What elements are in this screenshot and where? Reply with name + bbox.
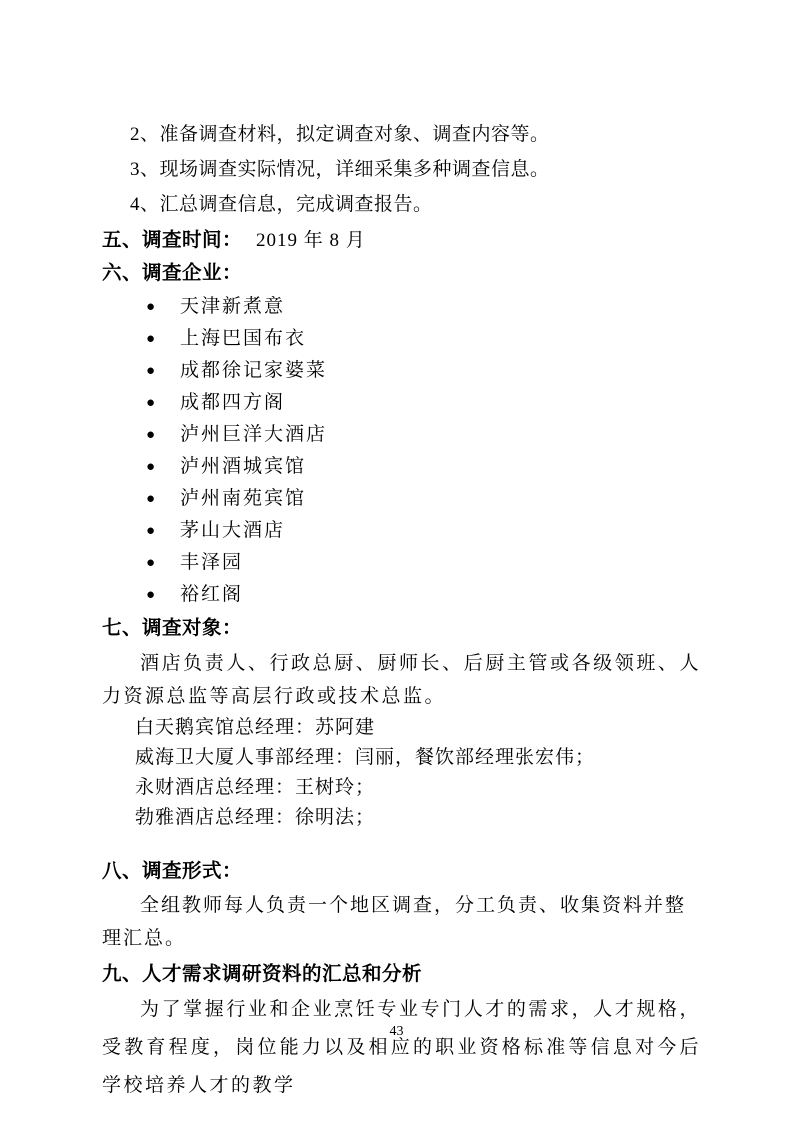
- step-line-3: 3、现场调查实际情况，详细采集多种调查信息。: [130, 157, 701, 183]
- contact-line: 威海卫大厦人事部经理：闫丽，餐饮部经理张宏伟；: [102, 743, 701, 773]
- company-name: 成都四方阁: [180, 392, 285, 413]
- bullet-icon: ●: [146, 295, 155, 319]
- section-heading-form: 八、调查形式：: [102, 858, 701, 885]
- list-item: ●成都徐记家婆菜: [102, 359, 701, 383]
- bullet-icon: ●: [146, 551, 155, 575]
- company-name: 裕红阁: [180, 584, 243, 605]
- bullet-icon: ●: [146, 455, 155, 479]
- company-name: 天津新煮意: [180, 296, 285, 317]
- bullet-icon: ●: [146, 423, 155, 447]
- section-heading-analysis: 九、人才需求调研资料的汇总和分析: [102, 961, 701, 988]
- form-paragraph: 全组教师每人负责一个地区调查，分工负责、收集资料并整理汇总。: [102, 889, 701, 955]
- company-name: 上海巴国布衣: [180, 328, 306, 349]
- section-heading-companies: 六、调查企业：: [102, 260, 701, 287]
- section-time-value: 2019 年 8 月: [256, 230, 366, 251]
- bullet-icon: ●: [146, 391, 155, 415]
- bullet-icon: ●: [146, 327, 155, 351]
- list-item: ●天津新煮意: [102, 295, 701, 319]
- company-list: ●天津新煮意 ●上海巴国布衣 ●成都徐记家婆菜 ●成都四方阁 ●泸州巨洋大酒店 …: [102, 295, 701, 607]
- bullet-icon: ●: [146, 519, 155, 543]
- section-heading-time-label: 五、调查时间：: [102, 229, 242, 251]
- company-name: 泸州南苑宾馆: [180, 488, 306, 509]
- company-name: 茅山大酒店: [180, 520, 285, 541]
- list-item: ●泸州酒城宾馆: [102, 455, 701, 479]
- company-name: 泸州酒城宾馆: [180, 456, 306, 477]
- document-page: 2、准备调查材料，拟定调查对象、调查内容等。 3、现场调查实际情况，详细采集多种…: [0, 0, 793, 1122]
- list-item: ●茅山大酒店: [102, 519, 701, 543]
- contact-line: 永财酒店总经理：王树玲；: [102, 773, 701, 803]
- list-item: ●成都四方阁: [102, 391, 701, 415]
- contact-line: 白天鹅宾馆总经理：苏阿建: [102, 713, 701, 743]
- analysis-paragraph: 为了掌握行业和企业烹饪专业专门人才的需求，人才规格，受教育程度，岗位能力以及相应…: [102, 991, 701, 1105]
- contact-line: 勃雅酒店总经理：徐明法；: [102, 803, 701, 833]
- section-heading-time: 五、调查时间：2019 年 8 月: [102, 227, 701, 254]
- company-name: 泸州巨洋大酒店: [180, 424, 327, 445]
- list-item: ●泸州巨洋大酒店: [102, 423, 701, 447]
- company-name: 丰泽园: [180, 552, 243, 573]
- step-line-4: 4、汇总调查信息，完成调查报告。: [130, 192, 701, 218]
- bullet-icon: ●: [146, 487, 155, 511]
- bullet-icon: ●: [146, 359, 155, 383]
- step-line-2: 2、准备调查材料，拟定调查对象、调查内容等。: [130, 122, 701, 148]
- targets-paragraph: 酒店负责人、行政总厨、厨师长、后厨主管或各级领班、人力资源总监等高层行政或技术总…: [102, 647, 701, 713]
- company-name: 成都徐记家婆菜: [180, 360, 327, 381]
- page-number: 43: [0, 1024, 793, 1040]
- list-item: ●上海巴国布衣: [102, 327, 701, 351]
- section-heading-targets: 七、调查对象：: [102, 615, 701, 642]
- bullet-icon: ●: [146, 583, 155, 607]
- list-item: ●丰泽园: [102, 551, 701, 575]
- list-item: ●裕红阁: [102, 583, 701, 607]
- list-item: ●泸州南苑宾馆: [102, 487, 701, 511]
